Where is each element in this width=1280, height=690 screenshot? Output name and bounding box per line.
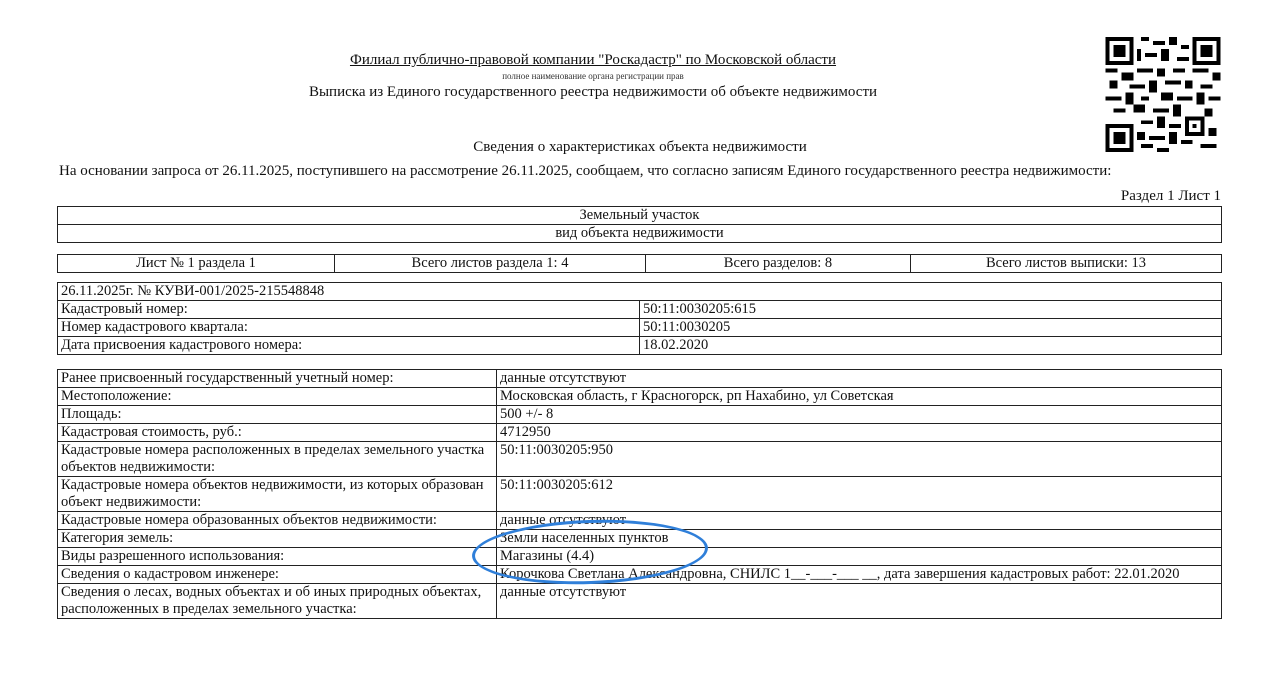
field-label: Сведения о лесах, водных объектах и об и… [58,584,497,619]
field-label: Кадастровые номера объектов недвижимости… [58,477,497,512]
organization-caption: полное наименование органа регистрации п… [0,71,1186,81]
field-label: Дата присвоения кадастрового номера: [58,337,640,355]
table-row: Дата присвоения кадастрового номера:18.0… [58,337,1222,355]
object-type: Земельный участок [58,207,1222,225]
section-title: Сведения о характеристиках объекта недви… [0,139,1280,156]
table-row: Кадастровые номера расположенных в преде… [58,442,1222,477]
table-row: Площадь:500 +/- 8 [58,406,1222,424]
field-label: Местоположение: [58,388,497,406]
field-label: Кадастровые номера образованных объектов… [58,512,497,530]
field-value: 18.02.2020 [640,337,1222,355]
field-label: Сведения о кадастровом инженере: [58,566,497,584]
document-title: Выписка из Единого государственного реес… [0,84,1186,101]
object-type-table: Земельный участок вид объекта недвижимос… [57,206,1222,243]
sheet-info-table: Лист № 1 раздела 1 Всего листов раздела … [57,254,1222,273]
field-value: 500 +/- 8 [497,406,1222,424]
field-value: данные отсутствуют [497,370,1222,388]
object-type-caption: вид объекта недвижимости [58,225,1222,243]
field-label: Виды разрешенного использования: [58,548,497,566]
table-row: Номер кадастрового квартала:50:11:003020… [58,319,1222,337]
field-value: Московская область, г Красногорск, рп На… [497,388,1222,406]
table-row: Кадастровая стоимость, руб.:4712950 [58,424,1222,442]
field-value: 50:11:0030205:612 [497,477,1222,512]
field-value: данные отсутствуют [497,584,1222,619]
main-info-table: 26.11.2025г. № КУВИ-001/2025-215548848 К… [57,282,1222,355]
field-label: Номер кадастрового квартала: [58,319,640,337]
total-sections: Всего разделов: 8 [646,255,911,273]
field-value: 50:11:0030205 [640,319,1222,337]
table-row: Местоположение:Московская область, г Кра… [58,388,1222,406]
field-label: Кадастровые номера расположенных в преде… [58,442,497,477]
page-reference: Раздел 1 Лист 1 [1121,188,1221,205]
table-row: Кадастровый номер:50:11:0030205:615 [58,301,1222,319]
field-label: Кадастровый номер: [58,301,640,319]
organization-name: Филиал публично-правовой компании "Роска… [0,52,1186,69]
field-value: 50:11:0030205:615 [640,301,1222,319]
table-row: Сведения о лесах, водных объектах и об и… [58,584,1222,619]
section-sheets-count: Всего листов раздела 1: 4 [335,255,646,273]
table-row: Кадастровые номера объектов недвижимости… [58,477,1222,512]
field-value: 50:11:0030205:950 [497,442,1222,477]
intro-text: На основании запроса от 26.11.2025, пост… [59,163,1111,180]
qr-code-icon [1104,37,1222,152]
sheet-number: Лист № 1 раздела 1 [58,255,335,273]
total-sheets: Всего листов выписки: 13 [911,255,1222,273]
field-label: Площадь: [58,406,497,424]
field-label: Категория земель: [58,530,497,548]
field-value: 4712950 [497,424,1222,442]
record-id: 26.11.2025г. № КУВИ-001/2025-215548848 [58,283,1222,301]
field-label: Кадастровая стоимость, руб.: [58,424,497,442]
table-row: Ранее присвоенный государственный учетны… [58,370,1222,388]
field-label: Ранее присвоенный государственный учетны… [58,370,497,388]
details-table: Ранее присвоенный государственный учетны… [57,369,1222,619]
